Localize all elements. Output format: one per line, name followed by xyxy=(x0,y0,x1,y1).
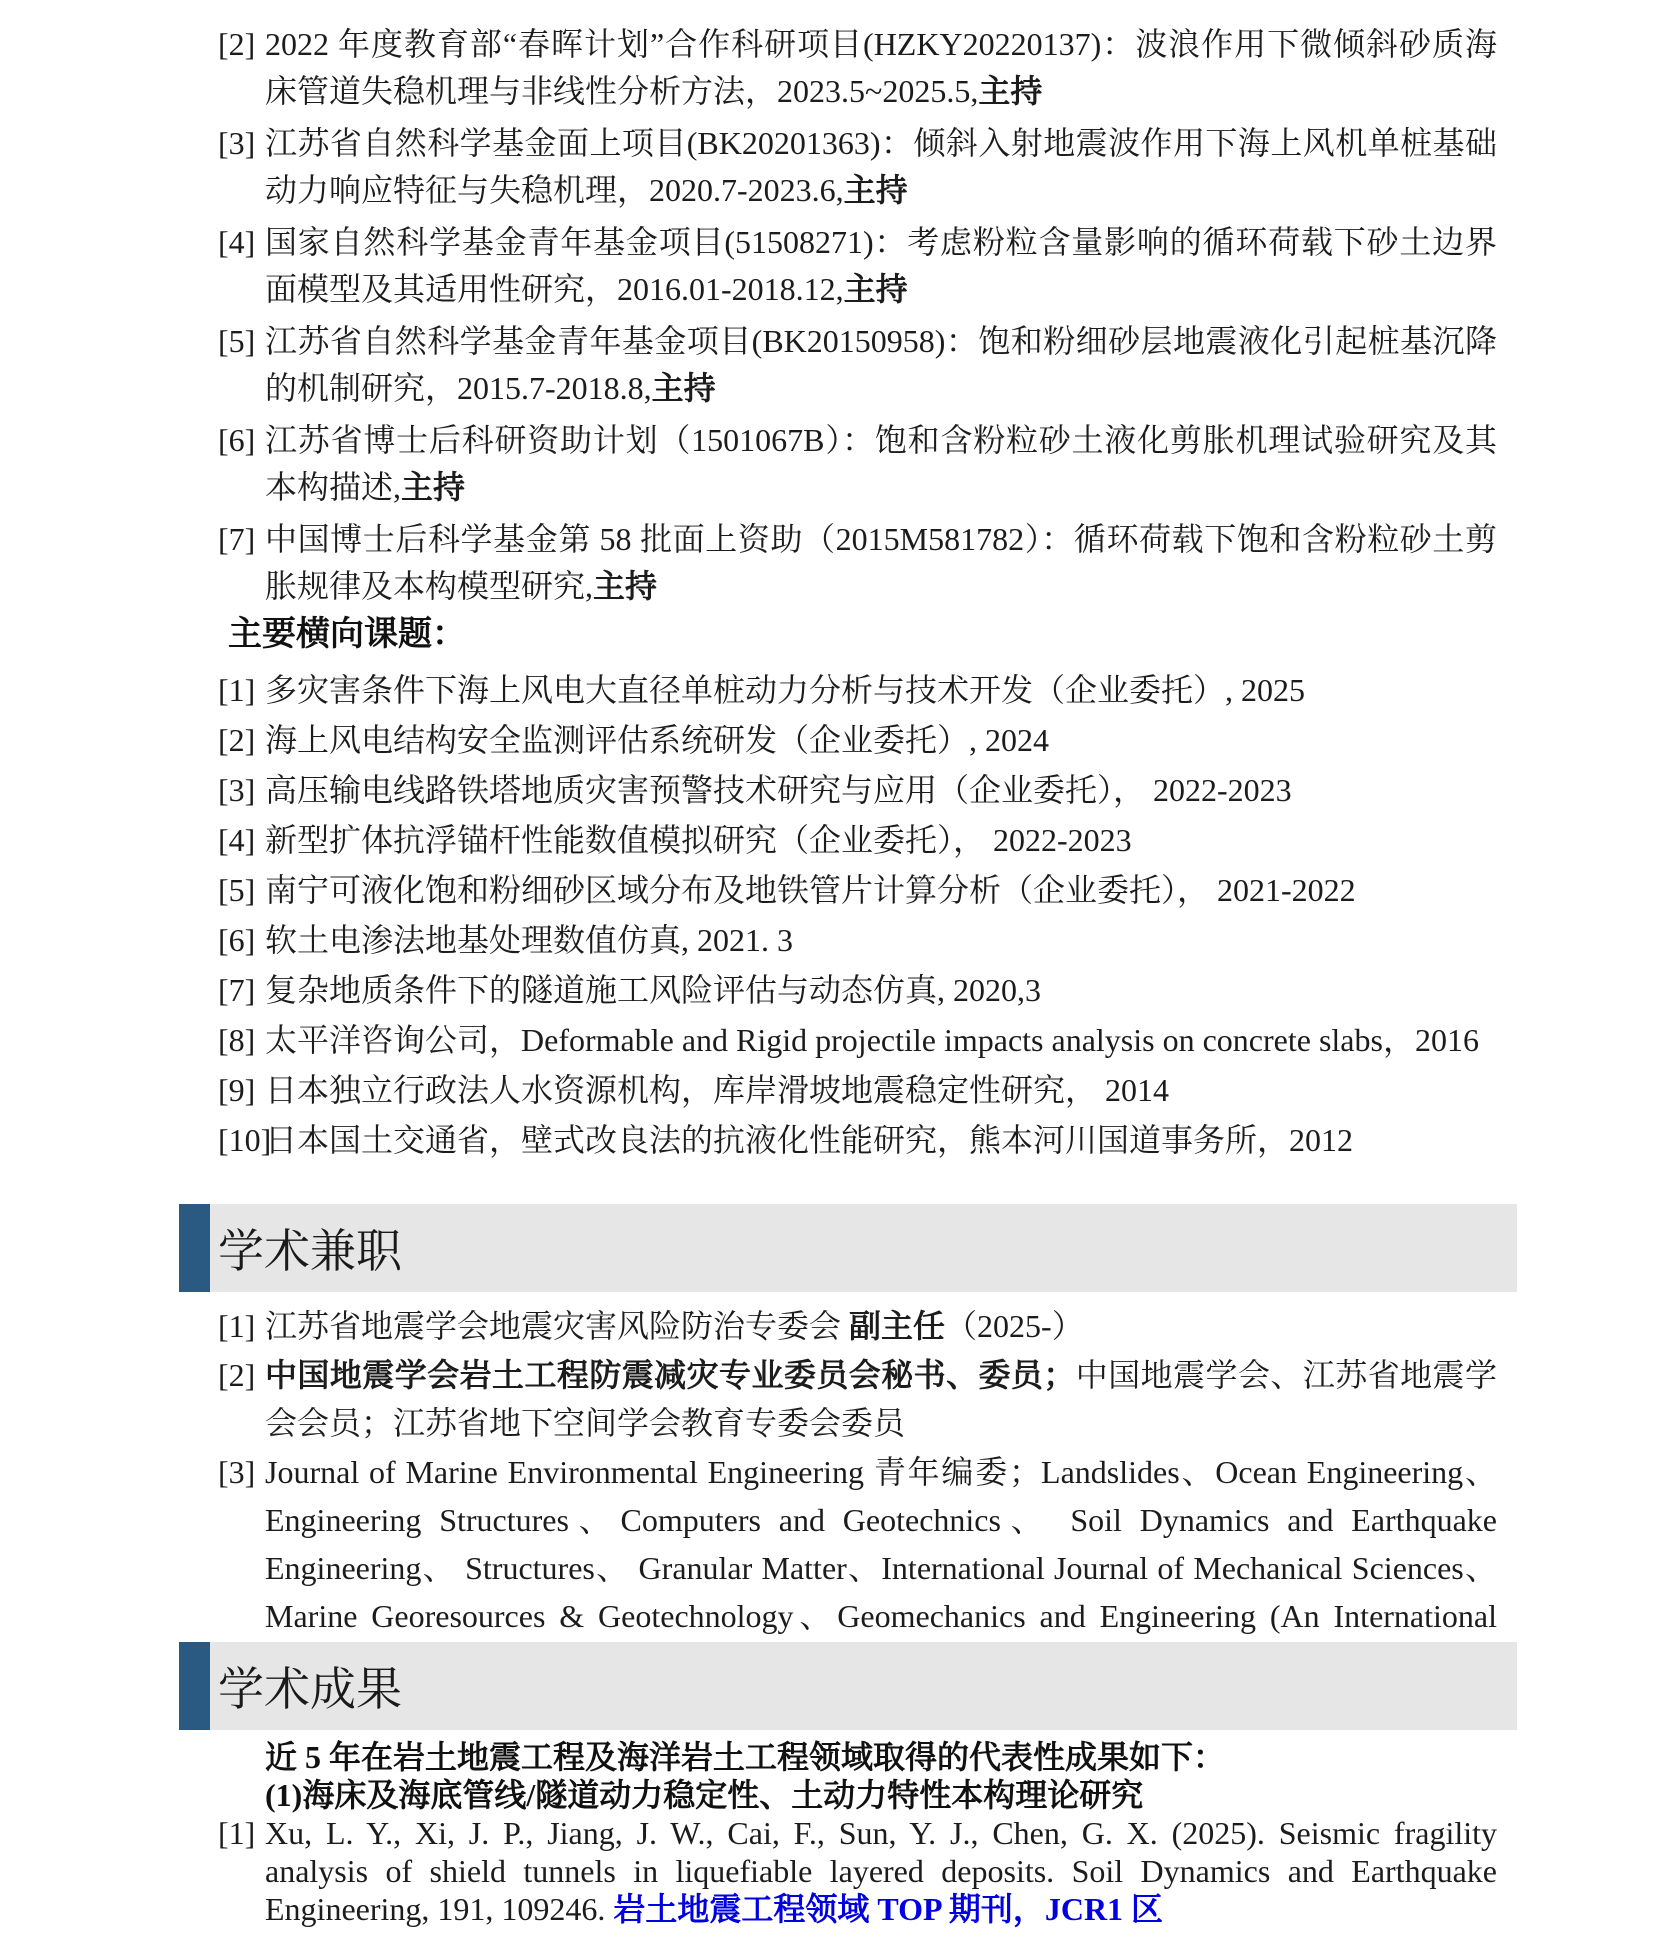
item-number: [8] xyxy=(218,1017,265,1064)
achievements-subheading: (1)海床及海底管线/隧道动力稳定性、土动力特性本构理论研究 xyxy=(265,1776,1662,1814)
item-text: 江苏省博士后科研资助计划（1501067B）：饱和含粉粒砂土液化剪胀机理试验研究… xyxy=(265,417,1497,511)
project-item: [3] 江苏省自然科学基金面上项目(BK20201363)：倾斜入射地震波作用下… xyxy=(218,120,1662,214)
project-item: [4] 新型扩体抗浮锚杆性能数值模拟研究（企业委托）， 2022-2023 xyxy=(218,817,1662,864)
funded-projects-list: [2] 2022 年度教育部“春晖计划”合作科研项目(HZKY20220137)… xyxy=(0,0,1662,610)
item-number: [6] xyxy=(218,917,265,964)
item-text: 太平洋咨询公司，Deformable and Rigid projectile … xyxy=(265,1017,1497,1064)
item-number: [1] xyxy=(218,1814,265,1928)
item-text-segment: 2022 年度教育部“春晖计划”合作科研项目(HZKY20220137)：波浪作… xyxy=(265,26,1497,109)
item-number: [1] xyxy=(218,667,265,714)
item-text-segment: 日本独立行政法人水资源机构，库岸滑坡地震稳定性研究， 2014 xyxy=(265,1072,1169,1108)
section-title-achievements: 学术成果 xyxy=(210,1642,1517,1730)
item-text: 新型扩体抗浮锚杆性能数值模拟研究（企业委托）， 2022-2023 xyxy=(265,817,1497,864)
item-text-segment: 主持 xyxy=(844,271,908,307)
project-item: [1] 多灾害条件下海上风电大直径单桩动力分析与技术开发（企业委托）, 2025 xyxy=(218,667,1662,714)
project-item: [2] 2022 年度教育部“春晖计划”合作科研项目(HZKY20220137)… xyxy=(218,21,1662,115)
item-text: 南宁可液化饱和粉细砂区域分布及地铁管片计算分析（企业委托）， 2021-2022 xyxy=(265,867,1497,914)
section-header-positions: 学术兼职 xyxy=(179,1204,1517,1292)
publications-list: [1] Xu, L. Y., Xi, J. P., Jiang, J. W., … xyxy=(0,1814,1662,1928)
item-number: [7] xyxy=(218,516,265,610)
item-text-segment: 主持 xyxy=(978,73,1042,109)
project-item: [10] 日本国土交通省，壁式改良法的抗液化性能研究，熊本河川国道事务所，201… xyxy=(218,1117,1662,1164)
publication-item: [1] Xu, L. Y., Xi, J. P., Jiang, J. W., … xyxy=(218,1814,1662,1928)
item-text-segment: 主持 xyxy=(652,370,716,406)
horizontal-projects-list: [1] 多灾害条件下海上风电大直径单桩动力分析与技术开发（企业委托）, 2025… xyxy=(0,655,1662,1164)
item-text-segment: 中国地震学会岩土工程防震减灾专业委员会秘书、委员； xyxy=(265,1357,1075,1393)
position-item: [2] 中国地震学会岩土工程防震减灾专业委员会秘书、委员；中国地震学会、江苏省地… xyxy=(218,1351,1662,1447)
item-text: 多灾害条件下海上风电大直径单桩动力分析与技术开发（企业委托）, 2025 xyxy=(265,667,1497,714)
item-text: 海上风电结构安全监测评估系统研发（企业委托）, 2024 xyxy=(265,717,1497,764)
projects-block: [2] 2022 年度教育部“春晖计划”合作科研项目(HZKY20220137)… xyxy=(0,0,1662,1167)
item-text-segment: 岩土地震工程领域 TOP 期刊，JCR1 区 xyxy=(613,1891,1163,1927)
project-item: [6] 软土电渗法地基处理数值仿真, 2021. 3 xyxy=(218,917,1662,964)
section-title-positions: 学术兼职 xyxy=(210,1204,1517,1292)
positions-list: [1] 江苏省地震学会地震灾害风险防治专委会 副主任（2025-） [2] 中国… xyxy=(0,1294,1662,1688)
item-number: [6] xyxy=(218,417,265,511)
project-item: [2] 海上风电结构安全监测评估系统研发（企业委托）, 2024 xyxy=(218,717,1662,764)
item-number: [3] xyxy=(218,120,265,214)
project-item: [6] 江苏省博士后科研资助计划（1501067B）：饱和含粉粒砂土液化剪胀机理… xyxy=(218,417,1662,511)
cv-document-page: [2] 2022 年度教育部“春晖计划”合作科研项目(HZKY20220137)… xyxy=(0,0,1662,1939)
section-accent-bar xyxy=(179,1204,210,1292)
item-number: [2] xyxy=(218,1351,265,1447)
project-item: [5] 江苏省自然科学基金青年基金项目(BK20150958)：饱和粉细砂层地震… xyxy=(218,318,1662,412)
item-text-segment: 太平洋咨询公司，Deformable and Rigid projectile … xyxy=(265,1022,1479,1058)
project-item: [8] 太平洋咨询公司，Deformable and Rigid project… xyxy=(218,1017,1662,1064)
item-text: 日本独立行政法人水资源机构，库岸滑坡地震稳定性研究， 2014 xyxy=(265,1067,1497,1114)
item-text-segment: 主持 xyxy=(593,568,657,604)
item-text: 高压输电线路铁塔地质灾害预警技术研究与应用（企业委托）， 2022-2023 xyxy=(265,767,1497,814)
project-item: [3] 高压输电线路铁塔地质灾害预警技术研究与应用（企业委托）， 2022-20… xyxy=(218,767,1662,814)
item-text: 江苏省自然科学基金青年基金项目(BK20150958)：饱和粉细砂层地震液化引起… xyxy=(265,318,1497,412)
section-header-achievements: 学术成果 xyxy=(179,1642,1517,1730)
item-text-segment: 软土电渗法地基处理数值仿真, 2021. 3 xyxy=(265,922,793,958)
project-item: [4] 国家自然科学基金青年基金项目(51508271)：考虑粉粒含量影响的循环… xyxy=(218,219,1662,313)
project-item: [7] 复杂地质条件下的隧道施工风险评估与动态仿真, 2020,3 xyxy=(218,967,1662,1014)
item-text-segment: 江苏省地震学会地震灾害风险防治专委会 xyxy=(265,1308,849,1344)
item-text: 软土电渗法地基处理数值仿真, 2021. 3 xyxy=(265,917,1497,964)
item-number: [9] xyxy=(218,1067,265,1114)
achievements-block: 近 5 年在岩土地震工程及海洋岩土工程领域取得的代表性成果如下： (1)海床及海… xyxy=(0,1730,1662,1928)
achievements-intro: 近 5 年在岩土地震工程及海洋岩土工程领域取得的代表性成果如下： xyxy=(265,1738,1662,1776)
item-number: [2] xyxy=(218,717,265,764)
positions-block: [1] 江苏省地震学会地震灾害风险防治专委会 副主任（2025-） [2] 中国… xyxy=(0,1294,1662,1689)
item-number: [10] xyxy=(218,1117,265,1164)
item-text-segment: 中国博士后科学基金第 58 批面上资助（2015M581782）：循环荷载下饱和… xyxy=(265,521,1497,604)
item-text-segment: 高压输电线路铁塔地质灾害预警技术研究与应用（企业委托）， 2022-2023 xyxy=(265,772,1292,808)
item-text: 中国地震学会岩土工程防震减灾专业委员会秘书、委员；中国地震学会、江苏省地震学会会… xyxy=(265,1351,1497,1447)
item-text: 2022 年度教育部“春晖计划”合作科研项目(HZKY20220137)：波浪作… xyxy=(265,21,1497,115)
section-accent-bar xyxy=(179,1642,210,1730)
item-text: 复杂地质条件下的隧道施工风险评估与动态仿真, 2020,3 xyxy=(265,967,1497,1014)
item-text-segment: 南宁可液化饱和粉细砂区域分布及地铁管片计算分析（企业委托）， 2021-2022 xyxy=(265,872,1356,908)
item-number: [7] xyxy=(218,967,265,1014)
item-text-segment: 日本国土交通省，壁式改良法的抗液化性能研究，熊本河川国道事务所，2012 xyxy=(265,1122,1353,1158)
item-number: [5] xyxy=(218,318,265,412)
item-text: 江苏省地震学会地震灾害风险防治专委会 副主任（2025-） xyxy=(265,1302,1497,1350)
position-item: [1] 江苏省地震学会地震灾害风险防治专委会 副主任（2025-） xyxy=(218,1302,1662,1350)
item-number: [4] xyxy=(218,817,265,864)
item-text-segment: 复杂地质条件下的隧道施工风险评估与动态仿真, 2020,3 xyxy=(265,972,1041,1008)
item-text-segment: （2025-） xyxy=(945,1308,1084,1344)
item-number: [5] xyxy=(218,867,265,914)
horizontal-projects-heading: 主要横向课题： xyxy=(228,615,1662,655)
item-text-segment: 主持 xyxy=(844,172,908,208)
item-text-segment: 江苏省自然科学基金青年基金项目(BK20150958)：饱和粉细砂层地震液化引起… xyxy=(265,323,1497,406)
item-number: [1] xyxy=(218,1302,265,1350)
item-text-segment: 多灾害条件下海上风电大直径单桩动力分析与技术开发（企业委托）, 2025 xyxy=(265,672,1305,708)
project-item: [9] 日本独立行政法人水资源机构，库岸滑坡地震稳定性研究， 2014 xyxy=(218,1067,1662,1114)
item-text: 江苏省自然科学基金面上项目(BK20201363)：倾斜入射地震波作用下海上风机… xyxy=(265,120,1497,214)
item-text-segment: 海上风电结构安全监测评估系统研发（企业委托）, 2024 xyxy=(265,722,1049,758)
item-text-segment: 副主任 xyxy=(849,1308,945,1344)
project-item: [7] 中国博士后科学基金第 58 批面上资助（2015M581782）：循环荷… xyxy=(218,516,1662,610)
publication-text: Xu, L. Y., Xi, J. P., Jiang, J. W., Cai,… xyxy=(265,1814,1497,1928)
item-text-segment: 新型扩体抗浮锚杆性能数值模拟研究（企业委托）， 2022-2023 xyxy=(265,822,1132,858)
item-text-segment: 主持 xyxy=(401,469,465,505)
item-text: 日本国土交通省，壁式改良法的抗液化性能研究，熊本河川国道事务所，2012 xyxy=(265,1117,1497,1164)
item-text: 国家自然科学基金青年基金项目(51508271)：考虑粉粒含量影响的循环荷载下砂… xyxy=(265,219,1497,313)
project-item: [5] 南宁可液化饱和粉细砂区域分布及地铁管片计算分析（企业委托）， 2021-… xyxy=(218,867,1662,914)
item-number: [3] xyxy=(218,767,265,814)
item-number: [2] xyxy=(218,21,265,115)
item-number: [4] xyxy=(218,219,265,313)
item-text: 中国博士后科学基金第 58 批面上资助（2015M581782）：循环荷载下饱和… xyxy=(265,516,1497,610)
